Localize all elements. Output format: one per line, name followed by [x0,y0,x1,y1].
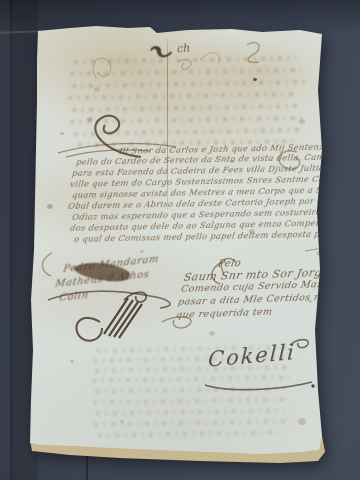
bleedthrough-row [68,92,298,100]
bleedthrough-row [92,375,290,382]
notarial-top-mark: ch [177,42,191,56]
left-margin-paren [42,253,52,276]
margin-mark: q.a [316,248,326,256]
bleedthrough-row [70,68,302,76]
bleedthrough-row [95,386,285,393]
paraph-top-curl [124,292,146,302]
bleedthrough-row [74,128,302,136]
bleedthrough-row [98,430,278,437]
bleedthrough-row [72,104,298,112]
paper-stack-group: Ill Snor da Carlos e Jozh que ado Mij Se… [0,0,360,480]
bleedthrough-row [74,56,296,64]
bleedthrough-row [94,419,286,426]
manuscript-photo: Ill Snor da Carlos e Jozh que ado Mij Se… [0,0,360,480]
foxing-spots [0,0,4,3]
bleedthrough-row [70,116,306,124]
ink-teardrop-mark [150,46,172,57]
signature-dot [311,384,314,387]
bleedthrough-row [96,408,284,415]
paraph-strokes [104,298,142,338]
closing-line: que requerida tem [175,307,273,321]
paper-sheet: Ill Snor da Carlos e Jozh que ado Mij Se… [0,0,360,480]
bleedthrough-row [72,80,308,88]
bleedthrough-row [93,397,289,404]
left-signature-line: Colin [58,290,89,304]
paraph-circle [76,318,102,341]
